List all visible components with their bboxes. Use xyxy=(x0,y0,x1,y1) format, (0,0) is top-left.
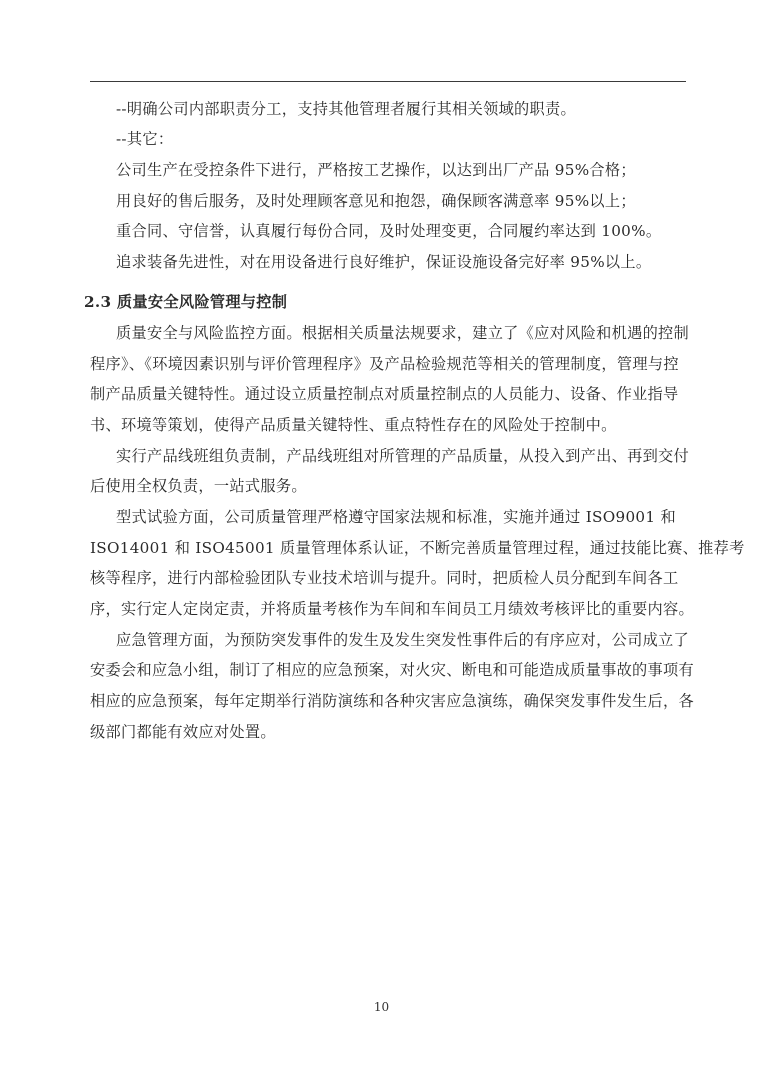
intro-line: 公司生产在受控条件下进行，严格按工艺操作，以达到出厂产品 95%合格； xyxy=(116,160,716,180)
intro-line: 用良好的售后服务，及时处理顾客意见和抱怨，确保顾客满意率 95%以上； xyxy=(116,191,716,211)
paragraph-line: 序，实行定人定岗定责，并将质量考核作为车间和车间员工月绩效考核评比的重要内容。 xyxy=(90,599,690,619)
paragraph-line: 型式试验方面，公司质量管理严格遵守国家法规和标准，实施并通过 ISO9001 和 xyxy=(116,507,716,527)
header-rule xyxy=(90,81,686,82)
paragraph-line: 程序》、《环境因素识别与评价管理程序》及产品检验规范等相关的管理制度，管理与控 xyxy=(90,354,690,374)
intro-line: --其它： xyxy=(116,129,716,149)
document-page: --明确公司内部职责分工，支持其他管理者履行其相关领域的职责。 --其它： 公司… xyxy=(0,0,763,1080)
paragraph-line: 书、环境等策划，使得产品质量关键特性、重点特性存在的风险处于控制中。 xyxy=(90,415,690,435)
page-number: 10 xyxy=(0,1000,763,1014)
paragraph-line: 质量安全与风险监控方面。根据相关质量法规要求，建立了《应对风险和机遇的控制 xyxy=(116,323,716,343)
paragraph-line: 后使用全权负责，一站式服务。 xyxy=(90,476,690,496)
paragraph-line: 制产品质量关键特性。通过设立质量控制点对质量控制点的人员能力、设备、作业指导 xyxy=(90,384,690,404)
intro-line: 追求装备先进性，对在用设备进行良好维护，保证设施设备完好率 95%以上。 xyxy=(116,252,716,272)
paragraph-line: ISO14001 和 ISO45001 质量管理体系认证，不断完善质量管理过程，… xyxy=(90,538,690,558)
paragraph-line: 实行产品线班组负责制，产品线班组对所管理的产品质量，从投入到产出、再到交付 xyxy=(116,446,716,466)
intro-line: 重合同、守信誉，认真履行每份合同，及时处理变更，合同履约率达到 100%。 xyxy=(116,221,716,241)
paragraph-line: 安委会和应急小组，制订了相应的应急预案，对火灾、断电和可能造成质量事故的事项有 xyxy=(90,660,690,680)
section-heading: 2.3 质量安全风险管理与控制 xyxy=(84,292,684,312)
intro-line: --明确公司内部职责分工，支持其他管理者履行其相关领域的职责。 xyxy=(116,99,716,119)
paragraph-line: 级部门都能有效应对处置。 xyxy=(90,722,690,742)
paragraph-line: 核等程序，进行内部检验团队专业技术培训与提升。同时，把质检人员分配到车间各工 xyxy=(90,568,690,588)
paragraph-line: 应急管理方面，为预防突发事件的发生及发生突发性事件后的有序应对，公司成立了 xyxy=(116,630,716,650)
paragraph-line: 相应的应急预案，每年定期举行消防演练和各种灾害应急演练，确保突发事件发生后，各 xyxy=(90,691,690,711)
